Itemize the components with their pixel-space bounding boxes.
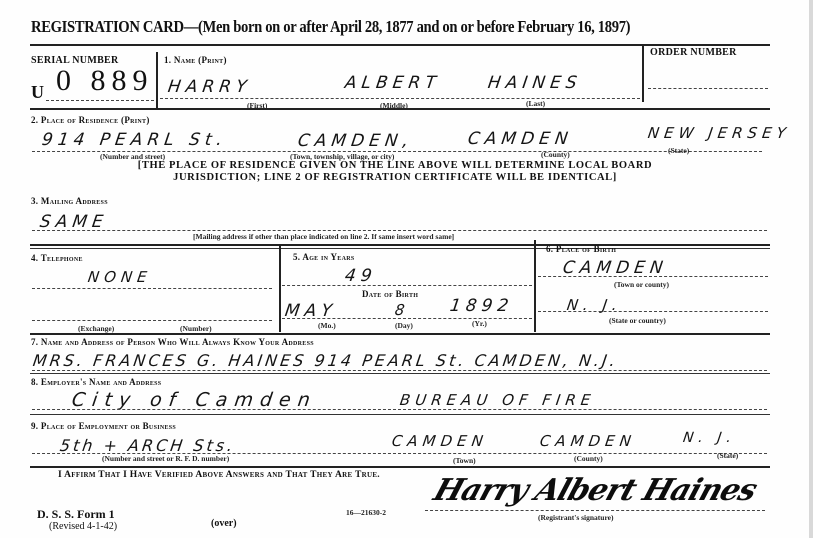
employment-state: N. J.	[682, 430, 737, 446]
divider	[642, 44, 644, 102]
caption-street-rfd: (Number and street or R. F. D. number)	[102, 454, 229, 463]
name-first: HARRY	[167, 77, 253, 97]
over-note: (over)	[211, 518, 237, 529]
employer-dept: BUREAU OF FIRE	[399, 391, 597, 409]
dotted-line	[538, 276, 768, 277]
residence-town: CAMDEN,	[297, 131, 415, 151]
caption-last: (Last)	[526, 99, 545, 108]
dob-day: 8	[394, 301, 411, 319]
dotted-line	[32, 409, 767, 410]
affirmation-text: I Affirm That I Have Verified Above Answ…	[58, 470, 380, 480]
notice-line-1: [THE PLACE OF RESIDENCE GIVEN ON THE LIN…	[85, 160, 705, 172]
divider	[30, 248, 770, 249]
dotted-line	[538, 311, 768, 312]
caption-state: (State)	[717, 451, 738, 460]
dotted-line	[32, 320, 272, 321]
caption-county: (County)	[574, 454, 603, 463]
mailing-caption: [Mailing address if other than place ind…	[193, 232, 454, 241]
telephone-label: 4. Telephone	[31, 253, 83, 263]
residence-street: 914 PEARL St.	[41, 130, 229, 150]
caption-state: (State)	[668, 146, 689, 155]
registrant-signature: Harry Albert Haines	[429, 473, 760, 508]
notice-line-2: JURISDICTION; LINE 2 OF REGISTRATION CER…	[85, 172, 705, 184]
caption-year: (Yr.)	[472, 319, 487, 328]
residence-county: CAMDEN	[467, 129, 575, 149]
birthplace-label: 6. Place of Birth	[546, 244, 616, 254]
print-code: 16—21630-2	[346, 508, 386, 517]
serial-prefix: U	[31, 82, 44, 103]
contact-value: MRS. FRANCES G. HAINES 914 PEARL St. CAM…	[32, 351, 620, 370]
caption-day: (Day)	[395, 321, 413, 330]
mailing-label: 3. Mailing Address	[31, 196, 108, 206]
divider	[279, 246, 281, 332]
age-value: 49	[344, 266, 378, 286]
divider	[30, 466, 770, 468]
dotted-line	[282, 285, 532, 286]
signature-line	[425, 510, 765, 511]
residence-notice: [THE PLACE OF RESIDENCE GIVEN ON THE LIN…	[85, 160, 705, 184]
card-title: REGISTRATION CARD—(Men born on or after …	[31, 17, 630, 37]
divider	[30, 44, 770, 46]
caption-town: (Town)	[453, 456, 476, 465]
divider	[30, 244, 770, 246]
signature-caption: (Registrant's signature)	[538, 513, 613, 522]
divider	[30, 333, 770, 335]
mailing-value: SAME	[39, 212, 110, 232]
divider	[30, 373, 770, 374]
order-number-field	[648, 88, 768, 89]
dotted-line	[282, 318, 532, 319]
dotted-line	[46, 100, 154, 101]
employer-name: City of Camden	[70, 389, 318, 411]
name-middle: ALBERT	[344, 73, 443, 93]
contact-label: 7. Name and Address of Person Who Will A…	[31, 337, 314, 347]
employment-county: CAMDEN	[539, 432, 637, 450]
dob-label: Date of Birth	[362, 289, 418, 299]
caption-county: (County)	[541, 150, 570, 159]
registration-card: REGISTRATION CARD—(Men born on or after …	[0, 0, 813, 538]
telephone-value: NONE	[87, 268, 153, 286]
divider	[30, 414, 770, 415]
dotted-line	[32, 230, 767, 231]
caption-state-country: (State or country)	[609, 316, 666, 325]
caption-month: (Mo.)	[318, 321, 336, 330]
serial-number-value: 0 889	[56, 64, 154, 98]
divider	[534, 240, 536, 332]
residence-state: NEW JERSEY	[647, 124, 792, 142]
paper-edge	[809, 0, 813, 538]
name-last: HAINES	[487, 73, 583, 93]
birthplace-town: CAMDEN	[562, 258, 670, 278]
divider	[30, 108, 770, 110]
employment-place-label: 9. Place of Employment or Business	[31, 421, 176, 431]
employer-label: 8. Employer's Name and Address	[31, 377, 161, 387]
form-revised: (Revised 4-1-42)	[49, 521, 117, 532]
dotted-line	[32, 370, 767, 371]
form-number: D. S. S. Form 1	[37, 507, 115, 522]
divider	[156, 52, 158, 110]
order-number-label: ORDER NUMBER	[650, 47, 737, 58]
dotted-line	[160, 98, 640, 99]
age-label: 5. Age in Years	[293, 252, 355, 262]
caption-exchange: (Exchange)	[78, 324, 114, 333]
caption-town-county: (Town or county)	[614, 280, 669, 289]
employment-town: CAMDEN	[391, 432, 489, 450]
caption-number: (Number)	[180, 324, 212, 333]
residence-label: 2. Place of Residence (Print)	[31, 115, 150, 125]
dob-year: 1892	[449, 296, 515, 316]
name-label: 1. Name (Print)	[164, 55, 227, 65]
dotted-line	[32, 288, 272, 289]
